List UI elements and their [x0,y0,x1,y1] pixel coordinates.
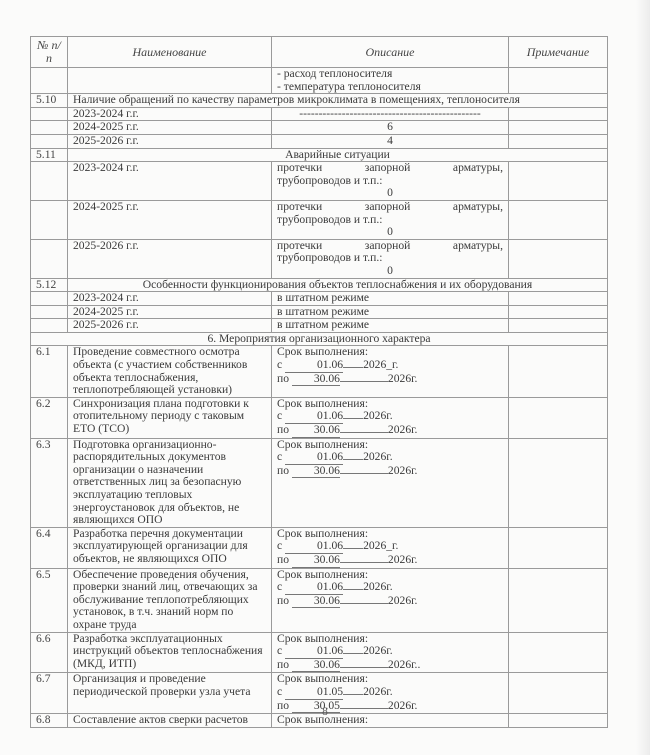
table-header-row: № п/п Наименование Описание Примечание [31,37,608,68]
table-row: 2025-2026 г.г. протечки запорной арматур… [31,239,608,278]
header-name: Наименование [68,37,272,68]
term-from: с 01.062026_г. [277,359,503,373]
row-number: 6.2 [31,397,68,438]
document-page: № п/п Наименование Описание Примечание -… [0,0,650,755]
status: в штатном режиме [272,305,509,319]
measure-deadline: Срок выполнения:с 01.062026г.по 30.06202… [272,568,509,632]
measure-name: Обеспечение проведения обучения, проверк… [68,568,272,632]
measure-name: Разработка эксплуатационных инструкций о… [68,632,272,673]
term-from: с 01.052026г. [277,686,503,700]
term-to: по 30.062026г. [277,424,503,438]
table-row: 2023-2024 г.г. в штатном режиме [31,292,608,306]
measure-note [509,527,608,568]
term-from: с 01.062026_г. [277,540,503,554]
value: 4 [272,134,509,148]
measure-name: Разработка перечня документации эксплуат… [68,527,272,568]
row-title: Особенности функционирования объектов те… [68,278,608,292]
carry-over-description: - расход теплоносителя - температура теп… [272,68,509,94]
measure-name: Синхронизация плана подготовки к отопите… [68,397,272,438]
section-row-5-12: 5.12 Особенности функционирования объект… [31,278,608,292]
row-number: 5.10 [31,94,68,108]
scan-edge-shadow [636,0,650,755]
plan-table: № п/п Наименование Описание Примечание -… [30,36,608,728]
row-title: Наличие обращений по качеству параметров… [68,94,608,108]
table-row: 2023-2024 г.г. протечки запорной арматур… [31,162,608,201]
period: 2025-2026 г.г. [68,319,272,333]
table-row: - расход теплоносителя - температура теп… [31,68,608,94]
table-row: 6.2Синхронизация плана подготовки к отоп… [31,397,608,438]
period: 2023-2024 г.г. [68,107,272,121]
incident-description: протечки запорной арматуры, трубопроводо… [272,239,509,278]
section-heading: 6. Мероприятия организационного характер… [31,332,608,346]
row-number: 5.12 [31,278,68,292]
table-row: 6.1Проведение совместного осмотра объект… [31,346,608,397]
row-number: 6.3 [31,438,68,527]
row-number: 6.6 [31,632,68,673]
header-note: Примечание [509,37,608,68]
term-from: с 01.062026г. [277,410,503,424]
term-from: с 01.062026г. [277,451,503,465]
measure-deadline: Срок выполнения:с 01.062026_г.по 30.0620… [272,346,509,397]
term-from: с 01.062026г. [277,581,503,595]
term-to: по 30.062026г. [277,373,503,387]
section-row-5-11: 5.11 Аварийные ситуации [31,148,608,162]
measure-note [509,346,608,397]
term-from: с 01.062026г. [277,645,503,659]
measure-name: Проведение совместного осмотра объекта (… [68,346,272,397]
period: 2025-2026 г.г. [68,134,272,148]
table-row: 2023-2024 г.г. -------------------------… [31,107,608,121]
measure-note [509,632,608,673]
row-number: 6.1 [31,346,68,397]
measure-deadline: Срок выполнения:с 01.062026г.по 30.06202… [272,632,509,673]
table-row: 2025-2026 г.г. в штатном режиме [31,319,608,333]
measure-deadline: Срок выполнения:с 01.062026_г.по 30.0620… [272,527,509,568]
period: 2024-2025 г.г. [68,305,272,319]
term-to: по 30.062026г. [277,554,503,568]
value: 6 [272,121,509,135]
period: 2023-2024 г.г. [68,162,272,201]
measure-note [509,568,608,632]
page-number: 8 [0,706,650,718]
row-number: 5.11 [31,148,68,162]
organizational-measures: 6.1Проведение совместного осмотра объект… [31,346,608,727]
row-number: 6.4 [31,527,68,568]
section-row-5-10: 5.10 Наличие обращений по качеству парам… [31,94,608,108]
header-description: Описание [272,37,509,68]
table-row: 6.5Обеспечение проведения обучения, пров… [31,568,608,632]
table-row: 2024-2025 г.г. в штатном режиме [31,305,608,319]
value: ----------------------------------------… [272,107,509,121]
table-row: 6.3Подготовка организационно-распорядите… [31,438,608,527]
header-number: № п/п [31,37,68,68]
period: 2024-2025 г.г. [68,121,272,135]
table-row: 2024-2025 г.г. протечки запорной арматур… [31,200,608,239]
row-number: 6.5 [31,568,68,632]
period: 2024-2025 г.г. [68,200,272,239]
status: в штатном режиме [272,292,509,306]
table-row: 2024-2025 г.г. 6 [31,121,608,135]
row-title: Аварийные ситуации [68,148,608,162]
table-row: 6.4Разработка перечня документации экспл… [31,527,608,568]
measure-name: Подготовка организационно-распорядительн… [68,438,272,527]
term-to: по 30.062026г. [277,465,503,479]
status: в штатном режиме [272,319,509,333]
table-row: 2025-2026 г.г. 4 [31,134,608,148]
table-row: 6.6Разработка эксплуатационных инструкци… [31,632,608,673]
measure-deadline: Срок выполнения:с 01.062026г.по 30.06202… [272,438,509,527]
measure-note [509,397,608,438]
measure-note [509,438,608,527]
period: 2023-2024 г.г. [68,292,272,306]
incident-description: протечки запорной арматуры, трубопроводо… [272,200,509,239]
incident-description: протечки запорной арматуры, трубопроводо… [272,162,509,201]
section-6-heading-row: 6. Мероприятия организационного характер… [31,332,608,346]
measure-deadline: Срок выполнения:с 01.062026г.по 30.06202… [272,397,509,438]
term-to: по 30.062026г. [277,595,503,609]
period: 2025-2026 г.г. [68,239,272,278]
term-to: по 30.062026г.. [277,659,503,673]
